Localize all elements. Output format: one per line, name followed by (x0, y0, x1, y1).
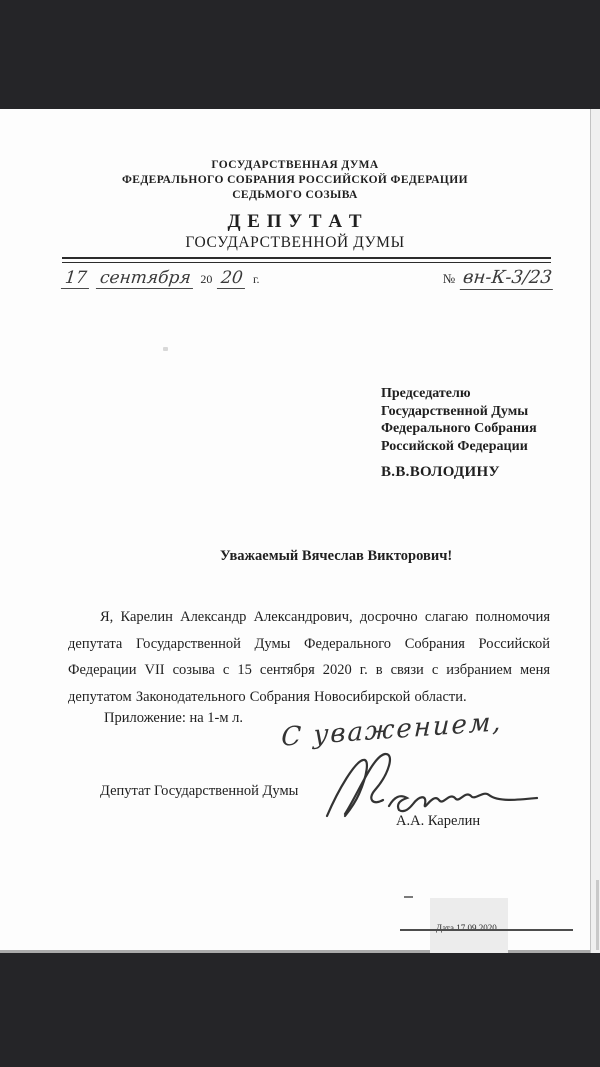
letterhead: ГОСУДАРСТВЕННАЯ ДУМА ФЕДЕРАЛЬНОГО СОБРАН… (0, 158, 590, 252)
salutation: Уважаемый Вячеслав Викторович! (220, 548, 452, 565)
letterhead-subtitle: ГОСУДАРСТВЕННОЙ ДУМЫ (0, 233, 590, 252)
signer-position-label: Депутат Государственной Думы (100, 783, 298, 800)
viewer-top-bar (0, 0, 600, 109)
number-handwritten: вн-К-3/23 (460, 267, 555, 290)
scrollbar-thumb[interactable] (596, 880, 599, 950)
signer-name: А.А. Карелин (396, 813, 480, 830)
date-year-handwritten: 20 (217, 268, 247, 289)
registration-number-field: № вн-К-3/23 (443, 267, 554, 290)
stamp-underline (400, 929, 573, 931)
addressee-block: Председателю Государственной Думы Федера… (381, 385, 537, 482)
letterhead-title: Д Е П У Т А Т (0, 211, 590, 233)
attachment-note: Приложение: на 1-м л. (104, 710, 243, 727)
addressee-line: Председателю (381, 385, 537, 403)
scan-artifact-speck (163, 347, 168, 351)
document-viewer: ГОСУДАРСТВЕННАЯ ДУМА ФЕДЕРАЛЬНОГО СОБРАН… (0, 0, 600, 1067)
number-sign: № (443, 271, 455, 286)
letterhead-line2: ФЕДЕРАЛЬНОГО СОБРАНИЯ РОССИЙСКОЙ ФЕДЕРАЦ… (0, 173, 590, 188)
date-field: 17 сентября 20 20 г. (62, 268, 262, 289)
addressee-line: Федерального Собрания (381, 420, 537, 438)
letterhead-line1: ГОСУДАРСТВЕННАЯ ДУМА (0, 158, 590, 173)
date-and-number-line: 17 сентября 20 20 г. № вн-К-3/23 (62, 267, 554, 290)
addressee-line: Российской Федерации (381, 438, 537, 456)
viewer-bottom-bar (0, 953, 600, 1067)
scrollbar-track[interactable] (590, 109, 600, 953)
date-day-handwritten: 17 (61, 268, 91, 289)
date-suffix: г. (253, 272, 260, 286)
addressee-name: В.В.ВОЛОДИНУ (381, 464, 537, 482)
date-year-printed-prefix: 20 (200, 272, 212, 286)
letterhead-divider-rule (62, 257, 551, 263)
letter-body-paragraph: Я, Карелин Александр Александрович, доср… (68, 604, 550, 710)
date-month-handwritten: сентября (96, 268, 195, 289)
handwritten-closing: С уважением, (281, 707, 503, 753)
scanned-letter-page: ГОСУДАРСТВЕННАЯ ДУМА ФЕДЕРАЛЬНОГО СОБРАН… (0, 109, 590, 953)
addressee-line: Государственной Думы (381, 403, 537, 421)
stamp-dash-mark (404, 896, 413, 898)
letterhead-line3: СЕДЬМОГО СОЗЫВА (0, 188, 590, 203)
